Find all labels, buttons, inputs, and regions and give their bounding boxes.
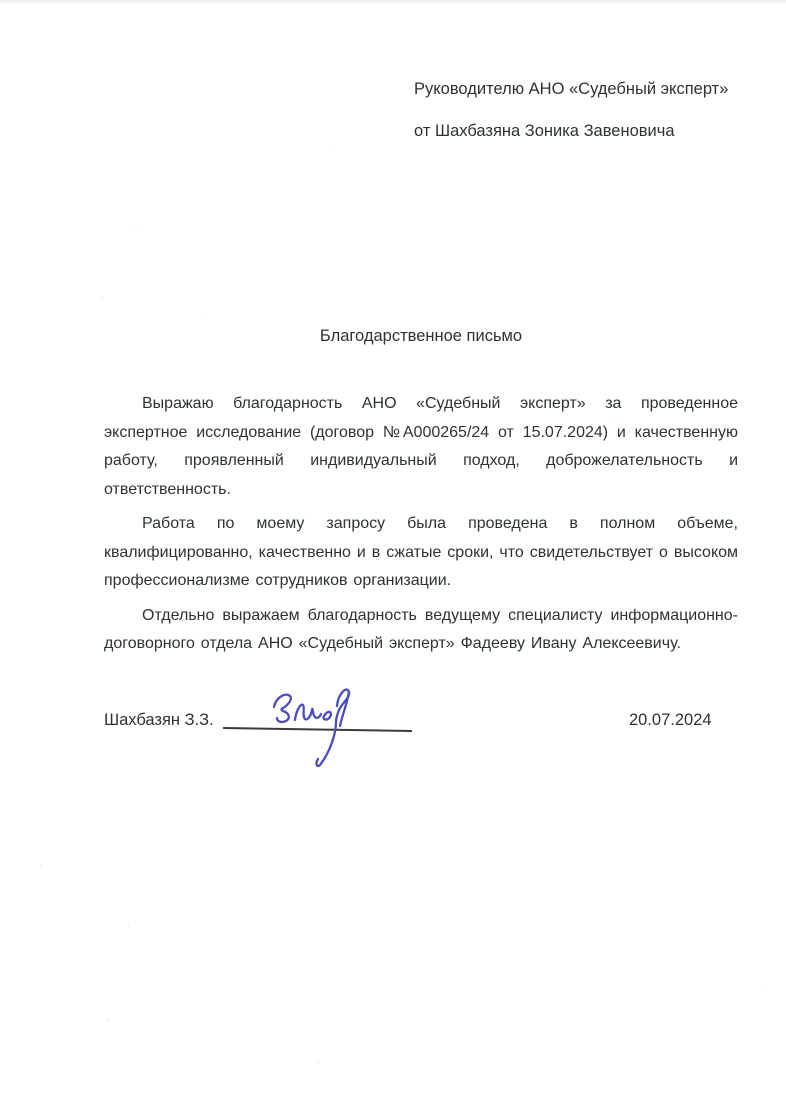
handwritten-signature-icon <box>250 672 370 772</box>
scan-edge-shadow <box>0 0 786 5</box>
signatory-name: Шахбазян З.З. <box>104 711 214 730</box>
paragraph-2: Работа по моему запросу была проведена в… <box>104 510 738 596</box>
recipient-line-1: Руководителю АНО «Судебный эксперт» <box>414 68 754 110</box>
paragraph-3: Отдельно выражаем благодарность ведущему… <box>104 602 738 659</box>
scan-noise-speckles <box>135 230 137 232</box>
paragraph-1: Выражаю благодарность АНО «Судебный эксп… <box>104 390 738 504</box>
letter-body: Выражаю благодарность АНО «Судебный эксп… <box>104 390 738 665</box>
scanned-letter-page: Руководителю АНО «Судебный эксперт» от Ш… <box>0 0 786 1116</box>
letter-date: 20.07.2024 <box>629 711 712 730</box>
letter-title: Благодарственное письмо <box>104 327 738 346</box>
recipient-block: Руководителю АНО «Судебный эксперт» от Ш… <box>414 68 754 152</box>
recipient-line-2: от Шахбазяна Зоника Завеновича <box>414 110 754 152</box>
